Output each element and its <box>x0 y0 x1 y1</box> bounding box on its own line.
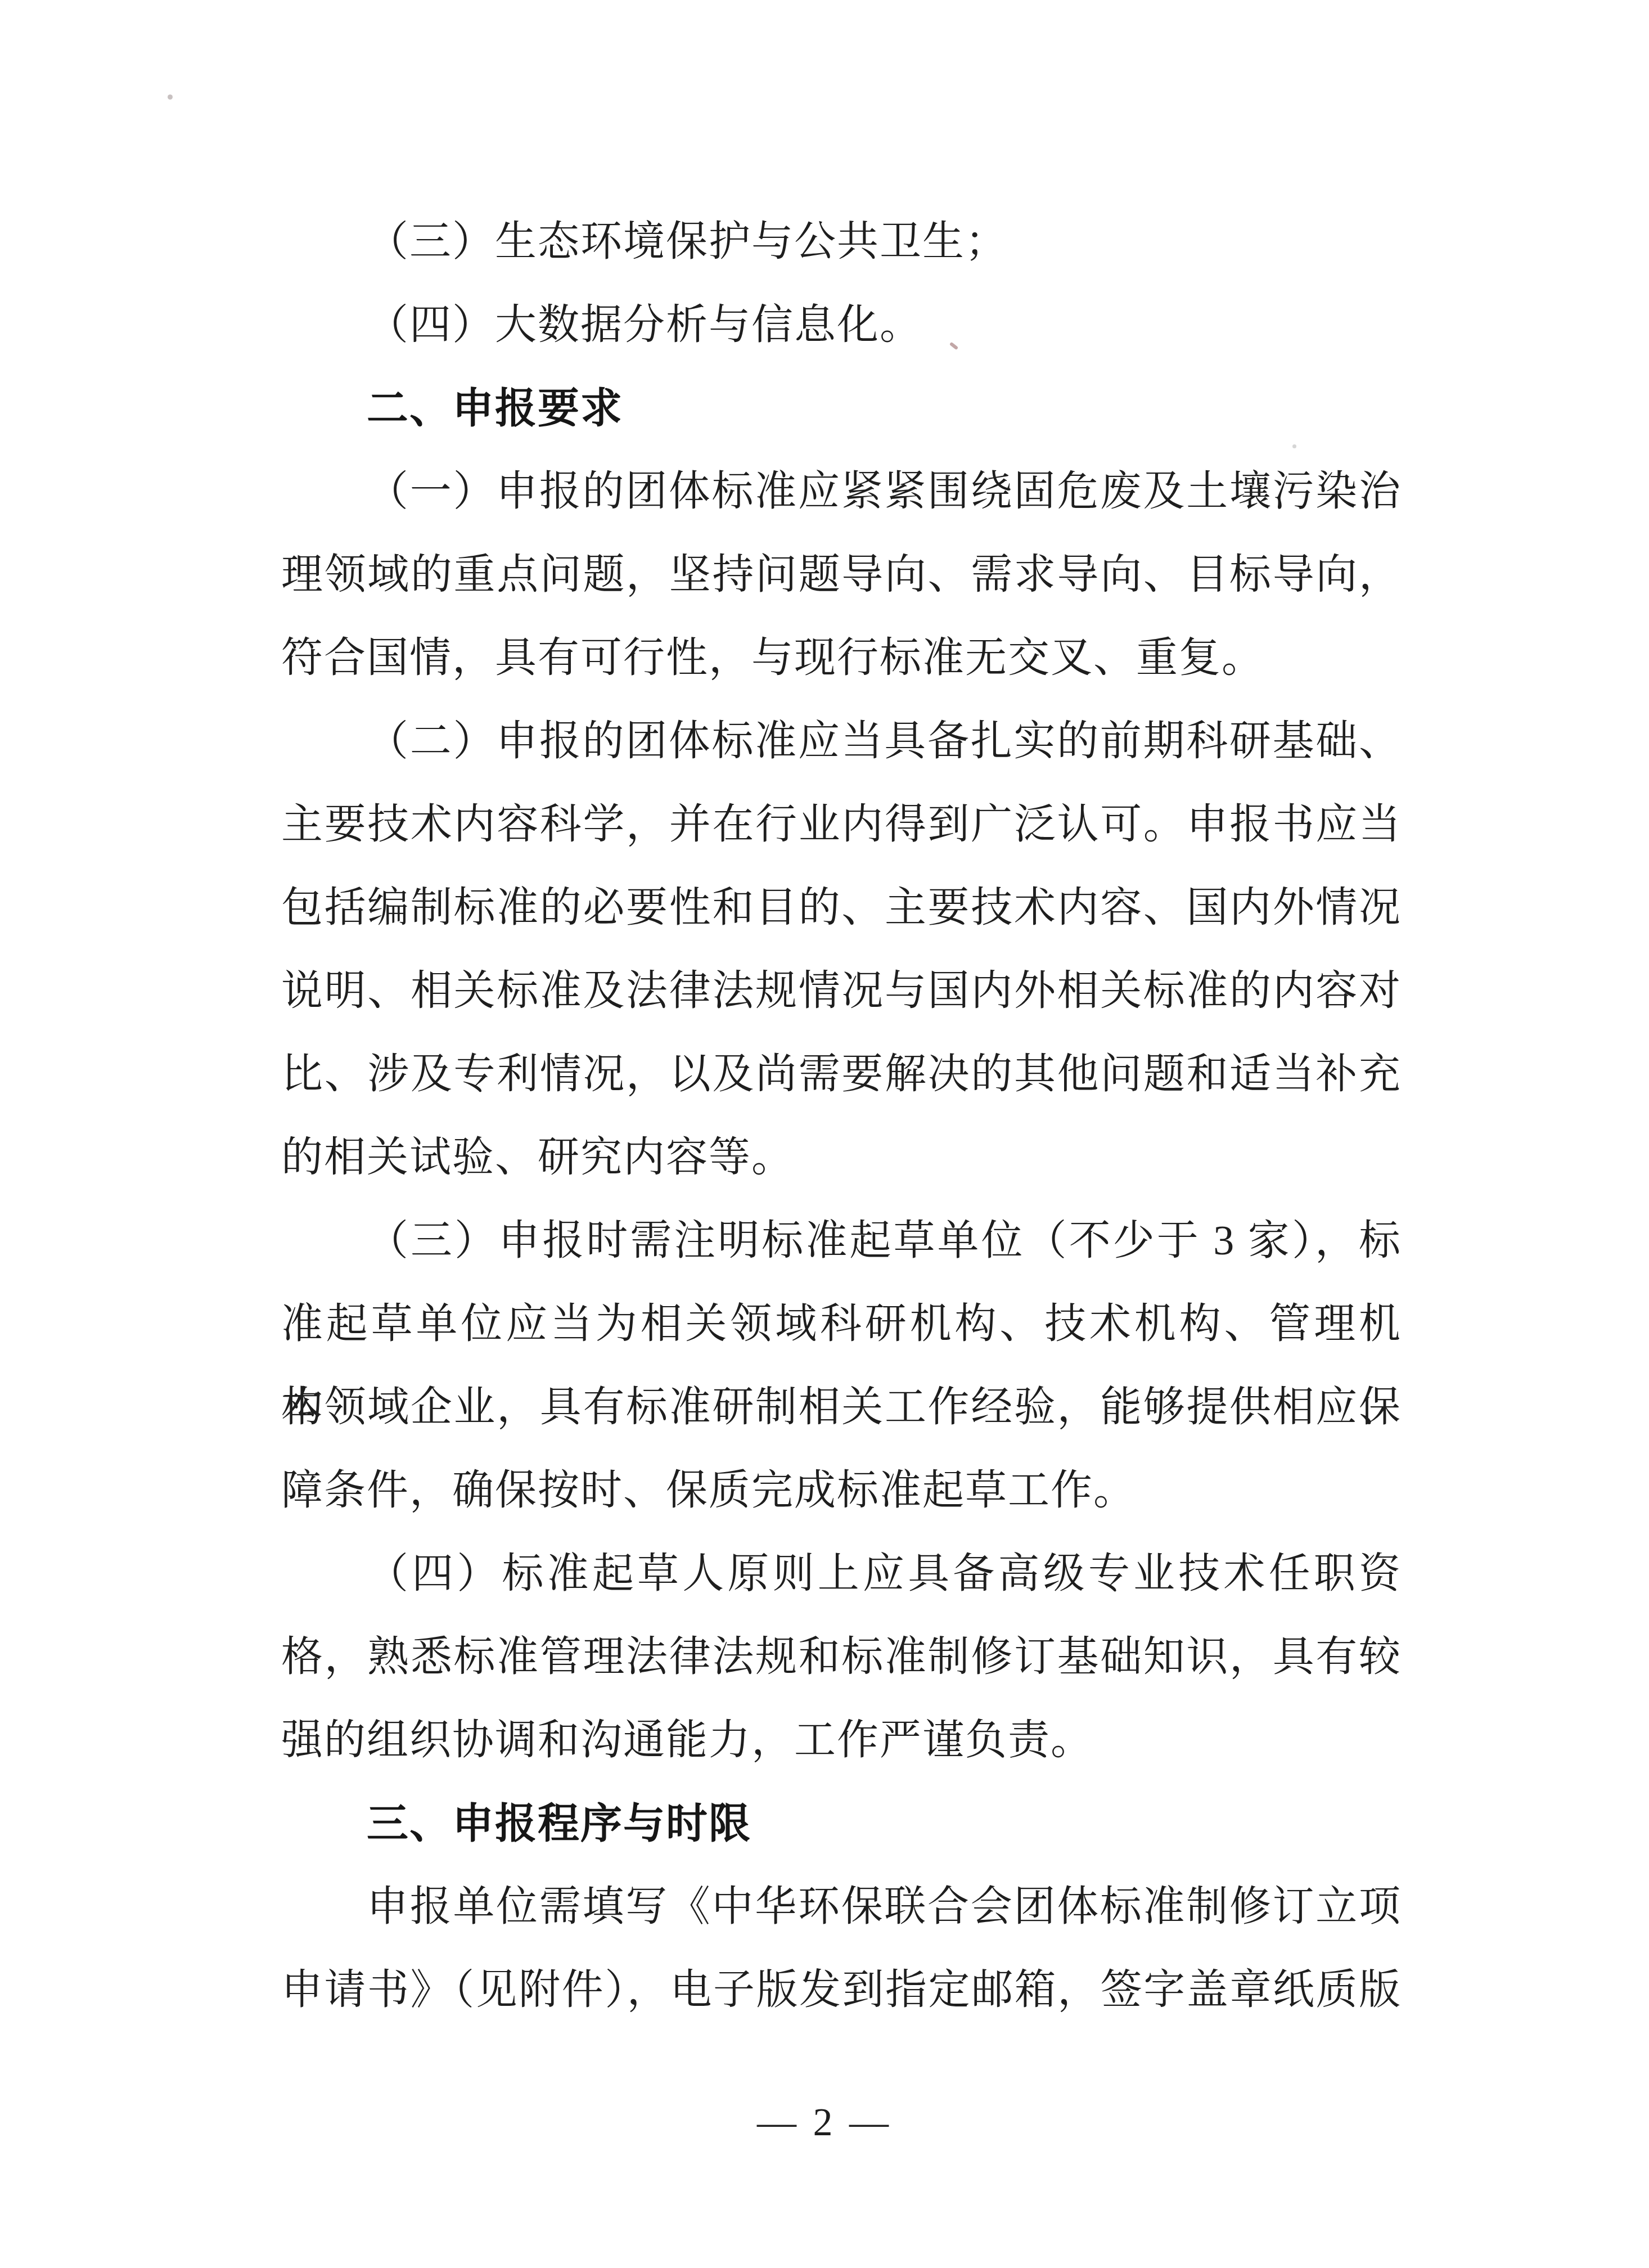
text-line: （二）申报的团体标准应当具备扎实的前期科研基础、 <box>281 700 1402 783</box>
text-line: 比、涉及专利情况，以及尚需要解决的其他问题和适当补充 <box>281 1033 1402 1116</box>
scan-speck <box>168 94 173 100</box>
text-line: 主要技术内容科学，并在行业内得到广泛认可。申报书应当 <box>281 783 1402 866</box>
document-text-block: （三）生态环境保护与公共卫生；（四）大数据分析与信息化。二、申报要求（一）申报的… <box>281 200 1402 2032</box>
text-line: 理领域的重点问题，坚持问题导向、需求导向、目标导向， <box>281 533 1402 616</box>
text-line: （三）申报时需注明标准起草单位（不少于 3 家），标 <box>281 1199 1402 1282</box>
text-line: （三）生态环境保护与公共卫生； <box>281 200 1402 283</box>
page-number: — 2 — <box>0 2081 1649 2164</box>
text-line: 障条件，确保按时、保质完成标准起草工作。 <box>281 1449 1402 1532</box>
text-line: （一）申报的团体标准应紧紧围绕固危废及土壤污染治 <box>281 450 1402 533</box>
text-line: 申请书》（见附件），电子版发到指定邮箱，签字盖章纸质版 <box>281 1948 1402 2032</box>
text-line: 申报单位需填写《中华环保联合会团体标准制修订立项 <box>281 1865 1402 1948</box>
text-line: 强的组织协调和沟通能力，工作严谨负责。 <box>281 1699 1402 1782</box>
text-line: 包括编制标准的必要性和目的、主要技术内容、国内外情况 <box>281 866 1402 949</box>
text-line: 的相关试验、研究内容等。 <box>281 1116 1402 1199</box>
section-heading: 二、申报要求 <box>281 367 1402 450</box>
text-line: 说明、相关标准及法律法规情况与国内外相关标准的内容对 <box>281 949 1402 1033</box>
text-line: （四）标准起草人原则上应具备高级专业技术任职资 <box>281 1532 1402 1615</box>
section-heading: 三、申报程序与时限 <box>281 1782 1402 1865</box>
text-line: 符合国情，具有可行性，与现行标准无交叉、重复。 <box>281 616 1402 700</box>
text-line: 准起草单位应当为相关领域科研机构、技术机构、管理机构、 <box>281 1282 1402 1366</box>
text-line: 本领域企业，具有标准研制相关工作经验，能够提供相应保 <box>281 1366 1402 1449</box>
text-line: 格，熟悉标准管理法律法规和标准制修订基础知识，具有较 <box>281 1615 1402 1699</box>
text-line: （四）大数据分析与信息化。 <box>281 283 1402 367</box>
document-page: （三）生态环境保护与公共卫生；（四）大数据分析与信息化。二、申报要求（一）申报的… <box>0 0 1649 2268</box>
